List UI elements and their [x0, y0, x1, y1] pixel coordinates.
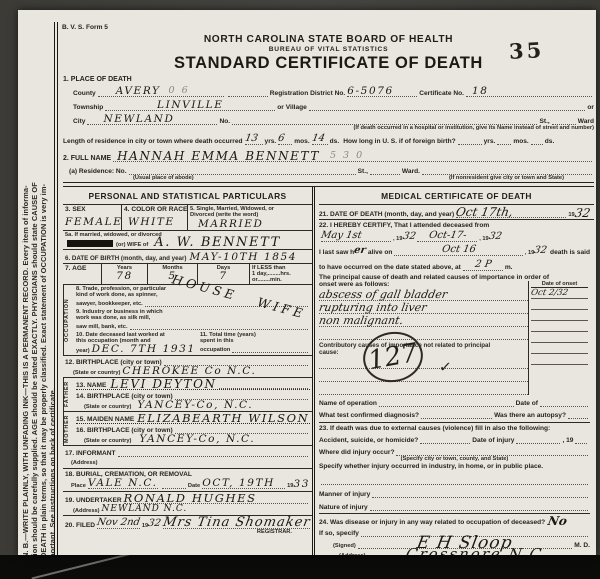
mother-birthplace-state-label: (State or country) — [84, 438, 131, 444]
father-birthplace-value: YANCEY-Co, N.C. — [137, 400, 253, 410]
township-row: Township LINVILLE or Village or — [63, 100, 594, 111]
township-value: LINVILLE — [157, 100, 223, 110]
date-of-death-value: Oct 17th, — [455, 207, 514, 217]
sex-race-marital-row: 3. SEX FEMALE 4. COLOR OR RACE WHITE 5. … — [63, 205, 312, 231]
sex-label: 3. SEX — [65, 206, 119, 213]
where-injury-label: Where did injury occur? — [319, 449, 394, 456]
burial-row: 18. BURIAL, CREMATION, OR REMOVAL Place … — [63, 469, 312, 492]
last-saw-her: er — [353, 246, 366, 256]
registrar-signature: Mrs Tina Shomaker — [162, 518, 311, 528]
filed-year-value: 32 — [147, 519, 161, 529]
residence-years-value: 13 — [244, 134, 258, 144]
where-injury-note: (Specify city or town, county, and State… — [401, 456, 509, 462]
trade-label-3: sawyer, bookkeeper, etc. — [76, 301, 143, 307]
age-less-label-3: or........min. — [252, 277, 310, 283]
where-injury-row: Where did injury occur? — [319, 447, 590, 456]
father-name-label: 13. NAME — [76, 382, 106, 389]
dob-label: 6. DATE OF BIRTH (month, day, and year) — [65, 255, 186, 262]
related-occupation-label: 24. Was disease or injury in any way rel… — [319, 519, 545, 526]
maiden-name-value: ELIZABEARTH WILSON — [137, 413, 309, 423]
check-mark-annotation: ✓ — [439, 357, 453, 376]
external-causes-label: 23. If death was due to external causes … — [319, 422, 590, 432]
father-name-value: LEVI DEYTON — [110, 379, 216, 389]
residence-st-label: St., — [358, 168, 368, 175]
board-title: NORTH CAROLINA STATE BOARD OF HEALTH — [63, 34, 594, 45]
mos-label: mos. — [294, 138, 309, 145]
occupation-vertical-label: OCCUPATION — [63, 285, 74, 355]
race-value: WHITE — [128, 217, 185, 227]
certificate-no-value: 18 — [472, 86, 489, 96]
undertaker-address-label: (Address) — [73, 508, 100, 514]
from-year-printed: , 19 — [393, 236, 403, 242]
burial-place-value: VALE N.C. — [88, 478, 158, 488]
margin-instructions: N. B.—WRITE PLAINLY, WITH UNFADING INK—T… — [21, 20, 57, 555]
informant-label: 17. INFORMANT — [65, 450, 116, 457]
operation-date-label: Date of — [516, 400, 538, 407]
from-year-value: 32 — [402, 232, 416, 242]
or-label: or — [587, 104, 594, 111]
residence-months-value: 6 — [277, 134, 285, 144]
hospital-note: (If death occurred in a hospital or inst… — [354, 125, 595, 131]
last-worked-label-3: year) — [76, 348, 90, 354]
undertaker-value: RONALD HUGHES — [124, 493, 257, 503]
age-years-value: 78 — [104, 271, 145, 281]
county-value: AVERY — [116, 86, 161, 96]
related-occupation-row: 24. Was disease or injury in any way rel… — [319, 516, 590, 526]
nature-row: Nature of injury — [319, 502, 590, 514]
related-occupation-value: No — [547, 516, 568, 526]
medical-certificate-column: MEDICAL CERTIFICATE OF DEATH 21. DATE OF… — [315, 187, 594, 555]
undertaker-label: 19. UNDERTAKER — [65, 497, 122, 504]
if-so-specify-label: If so, specify — [319, 530, 359, 537]
certificate-columns: PERSONAL AND STATISTICAL PARTICULARS 3. … — [63, 187, 594, 555]
undertaker-address-value: NEWLAND N.C. — [102, 504, 188, 514]
burial-year-value: 33 — [293, 479, 310, 489]
death-said-label: death is said — [550, 249, 590, 256]
birthplace-row: 12. BIRTHPLACE (city or town) (State or … — [63, 356, 312, 378]
date-of-onset-header: Date of onset — [531, 281, 588, 288]
cause-of-death-area: onset were as follows: abscess of gall b… — [319, 281, 590, 395]
spouse-row: 5a. If married, widowed, or divorced (or… — [63, 231, 312, 250]
occurred-time-value: 2 P — [474, 260, 492, 270]
last-worked-value: DEC. 7TH 193 — [92, 344, 188, 354]
abode-note: (Usual place of abode) — [133, 175, 194, 181]
test-label: What test confirmed diagnosis? — [319, 412, 419, 419]
certificate-paper: N. B.—WRITE PLAINLY, WITH UNFADING INK—T… — [18, 10, 596, 555]
m-label: m. — [505, 264, 513, 271]
undertaker-row: 19. UNDERTAKER RONALD HUGHES (Address) N… — [63, 492, 312, 516]
contributory-block: 127 ✓ Contributory causes of importance … — [319, 342, 528, 395]
race-label: 4. COLOR OR RACE — [124, 206, 185, 213]
margin-line-3: DEATH in plain terms, so that it may be … — [39, 20, 48, 555]
md-label: M. D. — [574, 542, 590, 549]
attended-from-value: May 1st — [320, 231, 362, 241]
mother-vertical-label: MOTHER — [63, 412, 74, 445]
mother-birthplace-value: YANCEY-Co, N.C. — [139, 434, 255, 444]
redacted-husband-of — [67, 240, 113, 247]
medical-column-header: MEDICAL CERTIFICATE OF DEATH — [319, 187, 594, 205]
residence-days-value: 14 — [311, 134, 325, 144]
filed-date-value: Nov 2nd — [96, 518, 141, 528]
certificate-form: NORTH CAROLINA STATE BOARD OF HEALTH BUR… — [54, 22, 594, 555]
or-village-label: or Village — [277, 104, 307, 111]
contributory-label-1: Contributory causes of importance not re… — [319, 342, 528, 349]
total-time-label-3: occupation — [200, 347, 230, 353]
cause-line-1: abscess of gall bladder — [318, 290, 448, 300]
township-label: Township — [73, 104, 103, 111]
date-of-onset-value: Oct 2/32 — [530, 288, 569, 298]
last-saw-year-value: 32 — [533, 246, 547, 256]
filed-row: 20. FILED Nov 2nd 19 32 Mrs Tina Shomake… — [63, 516, 312, 537]
spouse-value: A. W. BENNETT — [154, 238, 281, 248]
full-name-row: 2. FULL NAME HANNAH EMMA BENNETT 5 3 0 — [63, 150, 594, 162]
city-label: City — [73, 118, 85, 125]
burial-place-label: Place — [71, 483, 86, 489]
certify-block: 22. I HEREBY CERTIFY, That I attended de… — [319, 220, 594, 555]
autopsy-label: Was there an autopsy? — [494, 412, 566, 419]
registration-district-value: 6-5076 — [347, 86, 394, 96]
alive-on-label: alive on — [368, 249, 393, 256]
residence-ward-label: Ward. — [402, 168, 420, 175]
marital-value: MARRIED — [198, 219, 310, 229]
bureau-subtitle: BUREAU OF VITAL STATISTICS — [63, 46, 594, 53]
foreign-mos-label: mos. — [513, 138, 528, 145]
birthplace-state-label: (State or country) — [73, 370, 120, 376]
occurred-label: to have occurred on the date stated abov… — [319, 264, 461, 271]
residence-row: (a) Residence: No. St., Ward. — [63, 166, 594, 175]
manner-row: Manner of injury — [319, 489, 590, 498]
father-vertical-label: FATHER — [63, 378, 74, 411]
date-of-onset-box: Date of onset Oct 2/32 — [528, 281, 590, 395]
father-birthplace-state-label: (State or country) — [84, 404, 131, 410]
injury-year-printed: , 19 — [562, 437, 573, 444]
burial-date-label: Date — [188, 483, 200, 489]
city-row: City NEWLAND No. St., Ward — [63, 114, 594, 125]
foreign-ds-label: ds. — [545, 138, 555, 145]
foreign-birth-label: How long in U. S. if of foreign birth? — [343, 138, 455, 145]
signer-address-value: Crossnore N.C. — [405, 549, 550, 555]
signed-label: (Signed) — [333, 543, 356, 549]
date-of-death-label: 21. DATE OF DEATH (month, day, and year) — [319, 211, 454, 218]
foreign-yrs-label: yrs. — [484, 138, 496, 145]
certificate-no-label: Certificate No. — [419, 90, 464, 97]
birthplace-value: CHEROKEE Co N.C. — [122, 366, 256, 376]
registration-district-label: Registration District No. — [270, 90, 345, 97]
county-pencil-note: 0 6 — [169, 85, 190, 96]
father-block: FATHER 13. NAME LEVI DEYTON 14. BIRTHPLA… — [63, 378, 312, 412]
margin-line-2: tion should be carefully supplied. AGE s… — [30, 20, 39, 555]
industry-label-3: saw mill, bank, etc. — [76, 324, 128, 330]
accident-label: Accident, suicide, or homicide? — [319, 437, 418, 444]
last-saw-label: I last saw h — [319, 249, 354, 256]
accident-row: Accident, suicide, or homicide? Date of … — [319, 435, 590, 444]
full-name-pencil-note: 5 3 0 — [330, 150, 364, 161]
margin-line-1: N. B.—WRITE PLAINLY, WITH UNFADING INK—T… — [21, 20, 30, 555]
to-year-value: 32 — [488, 232, 502, 242]
contributory-label-2: cause: — [319, 349, 528, 356]
occupation-block: OCCUPATION HOUSE WIFE 8. Trade, professi… — [63, 285, 312, 356]
maiden-name-label: 15. MAIDEN NAME — [76, 416, 134, 423]
ds-label: ds. — [330, 138, 340, 145]
full-name-value: HANNAH EMMA BENNETT — [117, 151, 320, 161]
certificate-title: STANDARD CERTIFICATE OF DEATH — [63, 54, 594, 73]
diagnosis-row: What test confirmed diagnosis? Was there… — [319, 410, 590, 419]
scan-bottom-border — [0, 555, 600, 579]
street-label: St., — [539, 118, 549, 125]
city-value: NEWLAND — [103, 114, 174, 124]
certify-label: 22. I HEREBY CERTIFY, That I attended de… — [319, 222, 590, 229]
operation-label: Name of operation — [319, 400, 377, 407]
cause-line-3: non malignant. — [318, 316, 404, 326]
filed-label: 20. FILED — [65, 522, 95, 529]
principal-cause-label-1: The principal cause of death and related… — [319, 274, 590, 281]
injury-date-label: Date of injury — [472, 437, 514, 444]
nonresident-note: (If nonresident give city or town and St… — [449, 175, 564, 181]
yrs-label: yrs. — [265, 138, 277, 145]
scanned-death-certificate: N. B.—WRITE PLAINLY, WITH UNFADING INK—T… — [0, 0, 600, 579]
dod-year-value: 32 — [574, 208, 591, 218]
sex-value: FEMALE — [65, 217, 119, 227]
residence-length-row: Length of residence in city or town wher… — [63, 134, 594, 145]
personal-column-header: PERSONAL AND STATISTICAL PARTICULARS — [63, 187, 312, 205]
specify-injury-label: Specify whether injury occurred in indus… — [319, 463, 590, 470]
burial-date-value: OCT, 19TH — [202, 478, 275, 488]
mother-block: MOTHER 15. MAIDEN NAME ELIZABEARTH WILSO… — [63, 412, 312, 446]
last-saw-date-value: Oct 16 — [441, 245, 476, 255]
principal-cause-label-2: onset were as follows: — [319, 281, 528, 288]
informant-address-label: (Address) — [71, 460, 98, 466]
house-no-label: No. — [219, 118, 230, 125]
residence-label: (a) Residence: No. — [69, 168, 127, 175]
age-label: 7. AGE — [65, 265, 99, 272]
county-label: County — [73, 90, 96, 97]
signer-address-label: (Address) — [339, 553, 366, 555]
ward-label: Ward — [578, 118, 594, 125]
dob-row: 6. DATE OF BIRTH (month, day, and year) … — [63, 250, 312, 264]
personal-particulars-column: PERSONAL AND STATISTICAL PARTICULARS 3. … — [63, 187, 315, 555]
manner-of-injury-label: Manner of injury — [319, 491, 370, 498]
county-row: County AVERY 0 6 Registration District N… — [63, 85, 594, 97]
place-of-death-label: 1. PLACE OF DEATH — [63, 76, 594, 83]
attended-to-value: Oct-17- — [428, 231, 467, 241]
operation-row: Name of operation Date of — [319, 398, 590, 407]
date-of-death-row: 21. DATE OF DEATH (month, day, and year)… — [319, 205, 594, 220]
signer-address-row: (Address) Crossnore N.C. — [319, 549, 590, 555]
wife-of-label: (or) WIFE of — [116, 242, 148, 248]
full-name-label: 2. FULL NAME — [63, 155, 111, 162]
residence-length-label: Length of residence in city or town wher… — [63, 138, 243, 145]
nature-of-injury-label: Nature of injury — [319, 504, 368, 511]
dob-value: MAY-10TH 1854 — [189, 252, 297, 262]
informant-row: 17. INFORMANT (Address) — [63, 446, 312, 469]
cause-line-2: rupturing into liver — [318, 303, 427, 313]
